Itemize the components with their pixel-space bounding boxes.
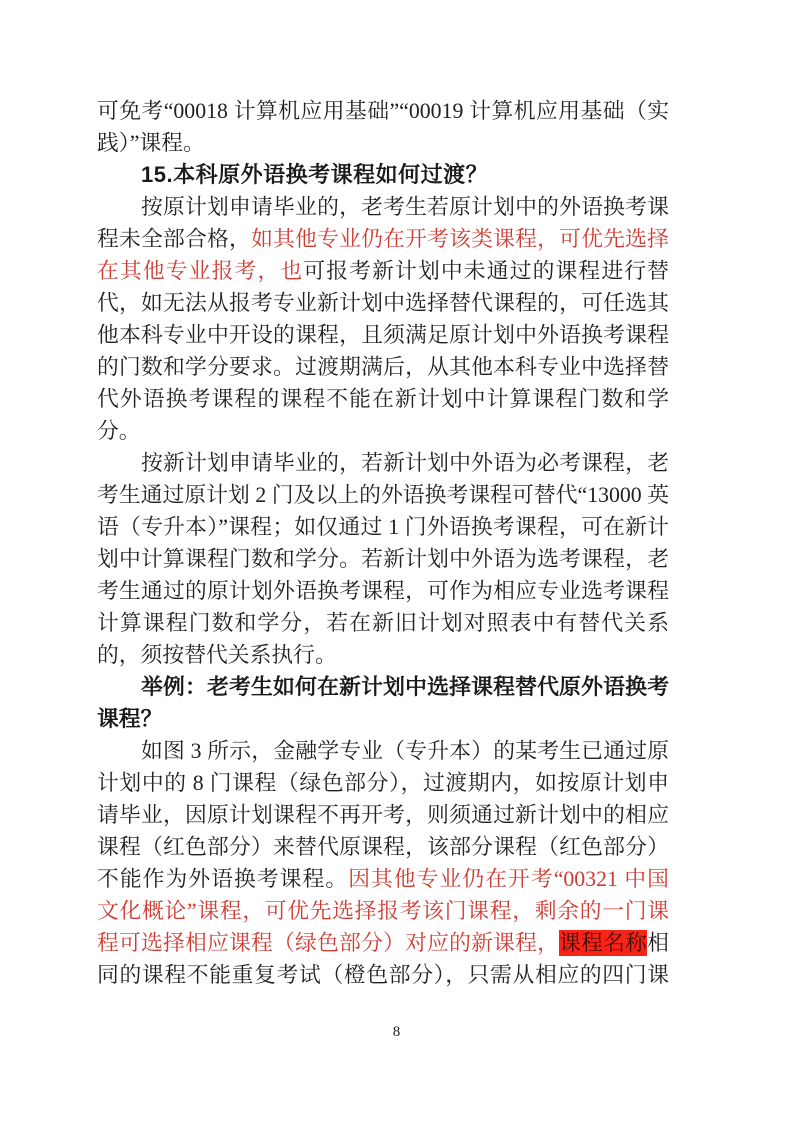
text-line: 考生通过原计划 2 门及以上的外语换考课程可替代“13000 英 bbox=[97, 479, 669, 511]
text-line: 课程（红色部分）来替代原课程，该部分课程（红色部分） bbox=[97, 831, 669, 863]
body-text-segment: 的，须按替代关系执行。 bbox=[97, 643, 337, 667]
text-line: 按原计划申请毕业的，老考生若原计划中的外语换考课 bbox=[97, 191, 669, 223]
document-page: 可免考“00018 计算机应用基础”“00019 计算机应用基础（实践）”课程。… bbox=[0, 0, 793, 1122]
body-text-segment: 践）”课程。 bbox=[97, 131, 205, 155]
text-line: 划中计算课程门数和学分。若新计划中外语为选考课程，老 bbox=[97, 543, 669, 575]
text-line: 代，如无法从报考专业新计划中选择替代课程的，可任选其 bbox=[97, 287, 669, 319]
body-text-segment: 计划中的 8 门课程（绿色部分），过渡期内，如按原计划申 bbox=[97, 771, 669, 795]
red-text-segment: 在其他专业报考，也 bbox=[97, 259, 303, 283]
text-line: 举例：老考生如何在新计划中选择课程替代原外语换考 bbox=[97, 671, 669, 703]
text-line: 不能作为外语换考课程。因其他专业仍在开考“00321 中国 bbox=[97, 863, 669, 895]
body-text-segment: 考生通过的原计划外语换考课程，可作为相应专业选考课程 bbox=[97, 579, 669, 603]
text-line: 按新计划申请毕业的，若新计划中外语为必考课程，老 bbox=[97, 447, 669, 479]
text-block: 可免考“00018 计算机应用基础”“00019 计算机应用基础（实践）”课程。… bbox=[97, 95, 669, 991]
body-text-segment: 可免考“00018 计算机应用基础”“00019 计算机应用基础（实 bbox=[97, 99, 669, 123]
text-line: 考生通过的原计划外语换考课程，可作为相应专业选考课程 bbox=[97, 575, 669, 607]
text-line: 15.本科原外语换考课程如何过渡？ bbox=[97, 159, 669, 191]
body-text-segment: 请毕业，因原计划课程不再开考，则须通过新计划中的相应 bbox=[97, 803, 669, 827]
body-text-segment: 代外语换考课程的课程不能在新计划中计算课程门数和学 bbox=[97, 387, 669, 411]
text-line: 计算课程门数和学分，若在新旧计划对照表中有替代关系 bbox=[97, 607, 669, 639]
text-line: 如图 3 所示，金融学专业（专升本）的某考生已通过原 bbox=[97, 735, 669, 767]
body-text-segment: 按新计划申请毕业的，若新计划中外语为必考课程，老 bbox=[141, 451, 669, 475]
text-line: 课程？ bbox=[97, 703, 669, 735]
text-line: 在其他专业报考，也可报考新计划中未通过的课程进行替 bbox=[97, 255, 669, 287]
body-text-segment: 考生通过原计划 2 门及以上的外语换考课程可替代“13000 英 bbox=[97, 483, 669, 507]
body-text-segment: 如图 3 所示，金融学专业（专升本）的某考生已通过原 bbox=[141, 739, 669, 763]
red-text-segment: 程可选择相应课程（绿色部分）对应的新课程， bbox=[97, 931, 559, 955]
text-line: 同的课程不能重复考试（橙色部分），只需从相应的四门课 bbox=[97, 959, 669, 991]
text-line: 分。 bbox=[97, 415, 669, 447]
body-text-segment: 同的课程不能重复考试（橙色部分），只需从相应的四门课 bbox=[97, 963, 669, 987]
text-line: 的门数和学分要求。过渡期满后，从其他本科专业中选择替 bbox=[97, 351, 669, 383]
highlighted-text: 课程名称 bbox=[559, 930, 647, 956]
body-text-segment: 可报考新计划中未通过的课程进行替 bbox=[303, 259, 669, 283]
body-text-segment: 划中计算课程门数和学分。若新计划中外语为选考课程，老 bbox=[97, 547, 669, 571]
text-line: 请毕业，因原计划课程不再开考，则须通过新计划中的相应 bbox=[97, 799, 669, 831]
text-line: 程未全部合格，如其他专业仍在开考该类课程，可优先选择 bbox=[97, 223, 669, 255]
page-footer: 8 bbox=[0, 1024, 793, 1041]
page-number: 8 bbox=[393, 1024, 401, 1040]
text-line: 的，须按替代关系执行。 bbox=[97, 639, 669, 671]
text-line: 他本科专业中开设的课程，且须满足原计划中外语换考课程 bbox=[97, 319, 669, 351]
heading-sans-segment: 15.本科原外语换考课程如何过渡？ bbox=[141, 162, 488, 187]
text-line: 践）”课程。 bbox=[97, 127, 669, 159]
text-line: 程可选择相应课程（绿色部分）对应的新课程，课程名称相 bbox=[97, 927, 669, 959]
red-text-segment: 因其他专业仍在开考“00321 中国 bbox=[348, 867, 669, 891]
text-line: 计划中的 8 门课程（绿色部分），过渡期内，如按原计划申 bbox=[97, 767, 669, 799]
body-text-segment: 他本科专业中开设的课程，且须满足原计划中外语换考课程 bbox=[97, 323, 669, 347]
heading-bold-segment: 课程？ bbox=[97, 707, 162, 731]
text-line: 语（专升本）”课程；如仅通过 1 门外语换考课程，可在新计 bbox=[97, 511, 669, 543]
text-line: 代外语换考课程的课程不能在新计划中计算课程门数和学 bbox=[97, 383, 669, 415]
text-line: 可免考“00018 计算机应用基础”“00019 计算机应用基础（实 bbox=[97, 95, 669, 127]
body-text-segment: 分。 bbox=[97, 419, 141, 443]
text-line: 文化概论”课程，可优先选择报考该门课程，剩余的一门课 bbox=[97, 895, 669, 927]
body-text-segment: 课程（红色部分）来替代原课程，该部分课程（红色部分） bbox=[97, 835, 669, 859]
body-text-segment: 的门数和学分要求。过渡期满后，从其他本科专业中选择替 bbox=[97, 355, 669, 379]
body-text-segment: 按原计划申请毕业的，老考生若原计划中的外语换考课 bbox=[141, 195, 669, 219]
body-text-segment: 语（专升本）”课程；如仅通过 1 门外语换考课程，可在新计 bbox=[97, 515, 669, 539]
body-text-segment: 程未全部合格， bbox=[97, 227, 251, 251]
body-text-segment: 不能作为外语换考课程。 bbox=[97, 867, 348, 891]
body-text-segment: 代，如无法从报考专业新计划中选择替代课程的，可任选其 bbox=[97, 291, 669, 315]
heading-bold-segment: 举例：老考生如何在新计划中选择课程替代原外语换考 bbox=[141, 675, 669, 699]
red-text-segment: 如其他专业仍在开考该类课程，可优先选择 bbox=[251, 227, 669, 251]
body-text-segment: 计算课程门数和学分，若在新旧计划对照表中有替代关系 bbox=[97, 611, 669, 635]
red-text-segment: 文化概论”课程，可优先选择报考该门课程，剩余的一门课 bbox=[97, 899, 669, 923]
body-text-segment: 相 bbox=[647, 931, 669, 955]
